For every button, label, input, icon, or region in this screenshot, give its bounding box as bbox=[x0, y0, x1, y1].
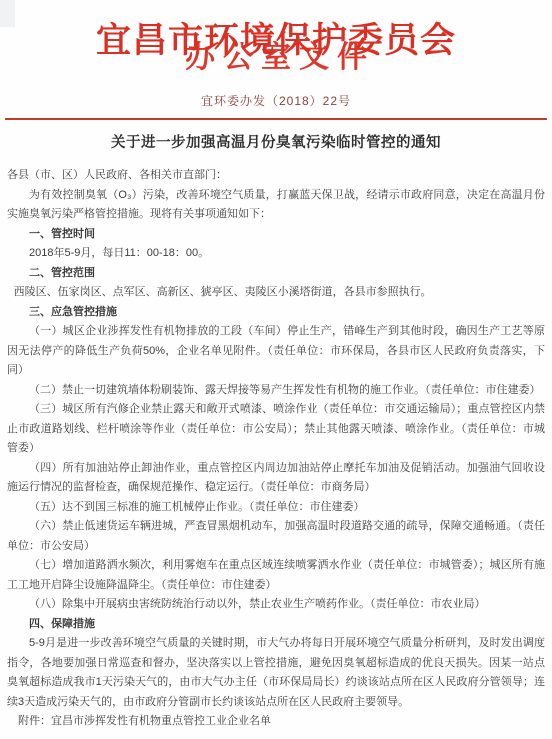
section-3-item-5: （五）达不到国三标准的施工机械停止作业。（责任单位：市住建委） bbox=[7, 498, 545, 518]
section-3-item-4: （四）所有加油站停止卸油作业，重点管控区内周边加油站停止摩托车加油及促销活动。加… bbox=[7, 459, 545, 498]
scan-artifact bbox=[0, 0, 15, 27]
salutation: 各县（市、区）人民政府、各相关市直部门： bbox=[7, 166, 545, 186]
section-3-item-6: （六）禁止低速货运车辆进城，严查冒黑烟机动车，加强高温时段道路交通的疏导，保障交… bbox=[7, 517, 545, 556]
attachment-note: 附件：宜昌市涉挥发性有机物重点管控工业企业名单 bbox=[7, 712, 545, 732]
notice-title: 关于进一步加强高温月份臭氧污染临时管控的通知 bbox=[0, 131, 552, 152]
section-3-item-3: （三）城区所有汽修企业禁止露天和敞开式喷漆、喷涂作业（责任单位：市交通运输局）；… bbox=[7, 400, 545, 459]
document-number: 宜环委办发（2018）22号 bbox=[0, 92, 552, 109]
section-3-item-1: （一）城区企业涉挥发性有机物排放的工段（车间）停止生产，错峰生产到其他时段，确因… bbox=[7, 322, 545, 381]
section-1-heading: 一、管控时间 bbox=[7, 225, 545, 245]
section-1-paragraph: 2018年5-9月，每日11：00-18：00。 bbox=[7, 244, 545, 264]
red-divider-line bbox=[5, 118, 547, 120]
section-4-paragraph: 5-9月是进一步改善环境空气质量的关键时期，市大气办将每日开展环境空气质量分析研… bbox=[7, 634, 545, 712]
document-page: 宜昌市环境保护委员会 办公室文件 宜环委办发（2018）22号 关于进一步加强高… bbox=[0, 0, 552, 739]
section-3-item-7: （七）增加道路洒水频次，利用雾炮车在重点区域连续喷雾洒水作业（责任单位：市城管委… bbox=[7, 556, 545, 595]
section-3-item-2: （二）禁止一切建筑墙体粉刷装饰、露天焊接等易产生挥发性有机物的施工作业。（责任单… bbox=[7, 381, 545, 401]
section-2-heading: 二、管控范围 bbox=[7, 264, 545, 284]
section-3-item-8: （八）除集中开展病虫害统防统治行动以外，禁止农业生产喷药作业。（责任单位：市农业… bbox=[7, 595, 545, 615]
document-body: 各县（市、区）人民政府、各相关市直部门： 为有效控制臭氧（O₃）污染，改善环境空… bbox=[0, 166, 552, 732]
section-4-heading: 四、保障措施 bbox=[7, 615, 545, 635]
section-2-paragraph: 西陵区、伍家岗区、点军区、高新区、猇亭区、夷陵区小溪塔街道，各县市参照执行。 bbox=[7, 283, 545, 303]
issuing-office-label: 办公室文件 bbox=[0, 39, 552, 77]
intro-paragraph: 为有效控制臭氧（O₃）污染，改善环境空气质量，打赢蓝天保卫战，经请示市政府同意，… bbox=[7, 186, 545, 225]
section-3-heading: 三、应急管控措施 bbox=[7, 303, 545, 323]
